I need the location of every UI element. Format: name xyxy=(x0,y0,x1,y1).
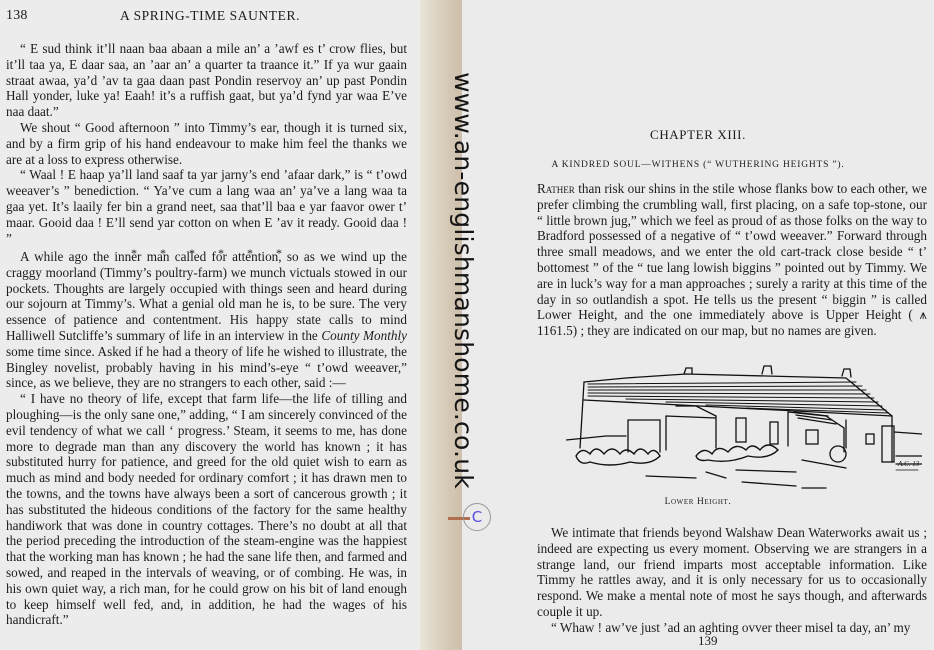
page-number-left: 138 xyxy=(6,8,28,24)
text-run: than risk our shins in the stile whose f… xyxy=(537,181,927,338)
illustration-caption: Lower Height. xyxy=(462,497,934,507)
page-number-right: 139 xyxy=(698,633,718,649)
paragraph: “ Whaw ! aw’ve just ’ad an aghting ovver… xyxy=(537,620,927,636)
copyright-glyph: C xyxy=(472,508,482,526)
svg-text:A.C. 13: A.C. 13 xyxy=(897,460,920,468)
chapter-subtitle: A KINDRED SOUL—WITHENS (“ WUTHERING HEIG… xyxy=(462,160,934,170)
paragraph: Rather than risk our shins in the stile … xyxy=(537,181,927,339)
periodical-title: County Monthly xyxy=(321,328,407,343)
running-title: A SPRING-TIME SAUNTER. xyxy=(120,8,300,24)
chapter-title: CHAPTER XIII. xyxy=(462,127,934,143)
farmhouse-illustration: A.C. 13 xyxy=(566,360,922,490)
paragraph: We intimate that friends beyond Walshaw … xyxy=(537,525,927,620)
opening-word: Rather xyxy=(537,181,575,196)
paragraph: We shout “ Good afternoon ” into Timmy’s… xyxy=(6,120,407,167)
watermark: www.an-englishmanshome.co.uk xyxy=(437,60,489,500)
running-head: 138 A SPRING-TIME SAUNTER. xyxy=(0,6,420,26)
paragraph: “ Waal ! E haap ya’ll land saaf ta yar j… xyxy=(6,167,407,246)
right-text-bottom: We intimate that friends beyond Walshaw … xyxy=(537,525,927,636)
paragraph: “ I have no theory of life, except that … xyxy=(6,391,407,628)
text-run: some time since. Asked if he had a theor… xyxy=(6,344,407,391)
right-text-top: Rather than risk our shins in the stile … xyxy=(537,181,927,339)
left-text-bottom: A while ago the inner man called for att… xyxy=(6,249,407,628)
left-text-top: “ E sud think it’ll naan baa abaan a mil… xyxy=(6,41,407,260)
paragraph: A while ago the inner man called for att… xyxy=(6,249,407,391)
paragraph: “ E sud think it’ll naan baa abaan a mil… xyxy=(6,41,407,120)
copyright-icon: C xyxy=(463,503,491,531)
